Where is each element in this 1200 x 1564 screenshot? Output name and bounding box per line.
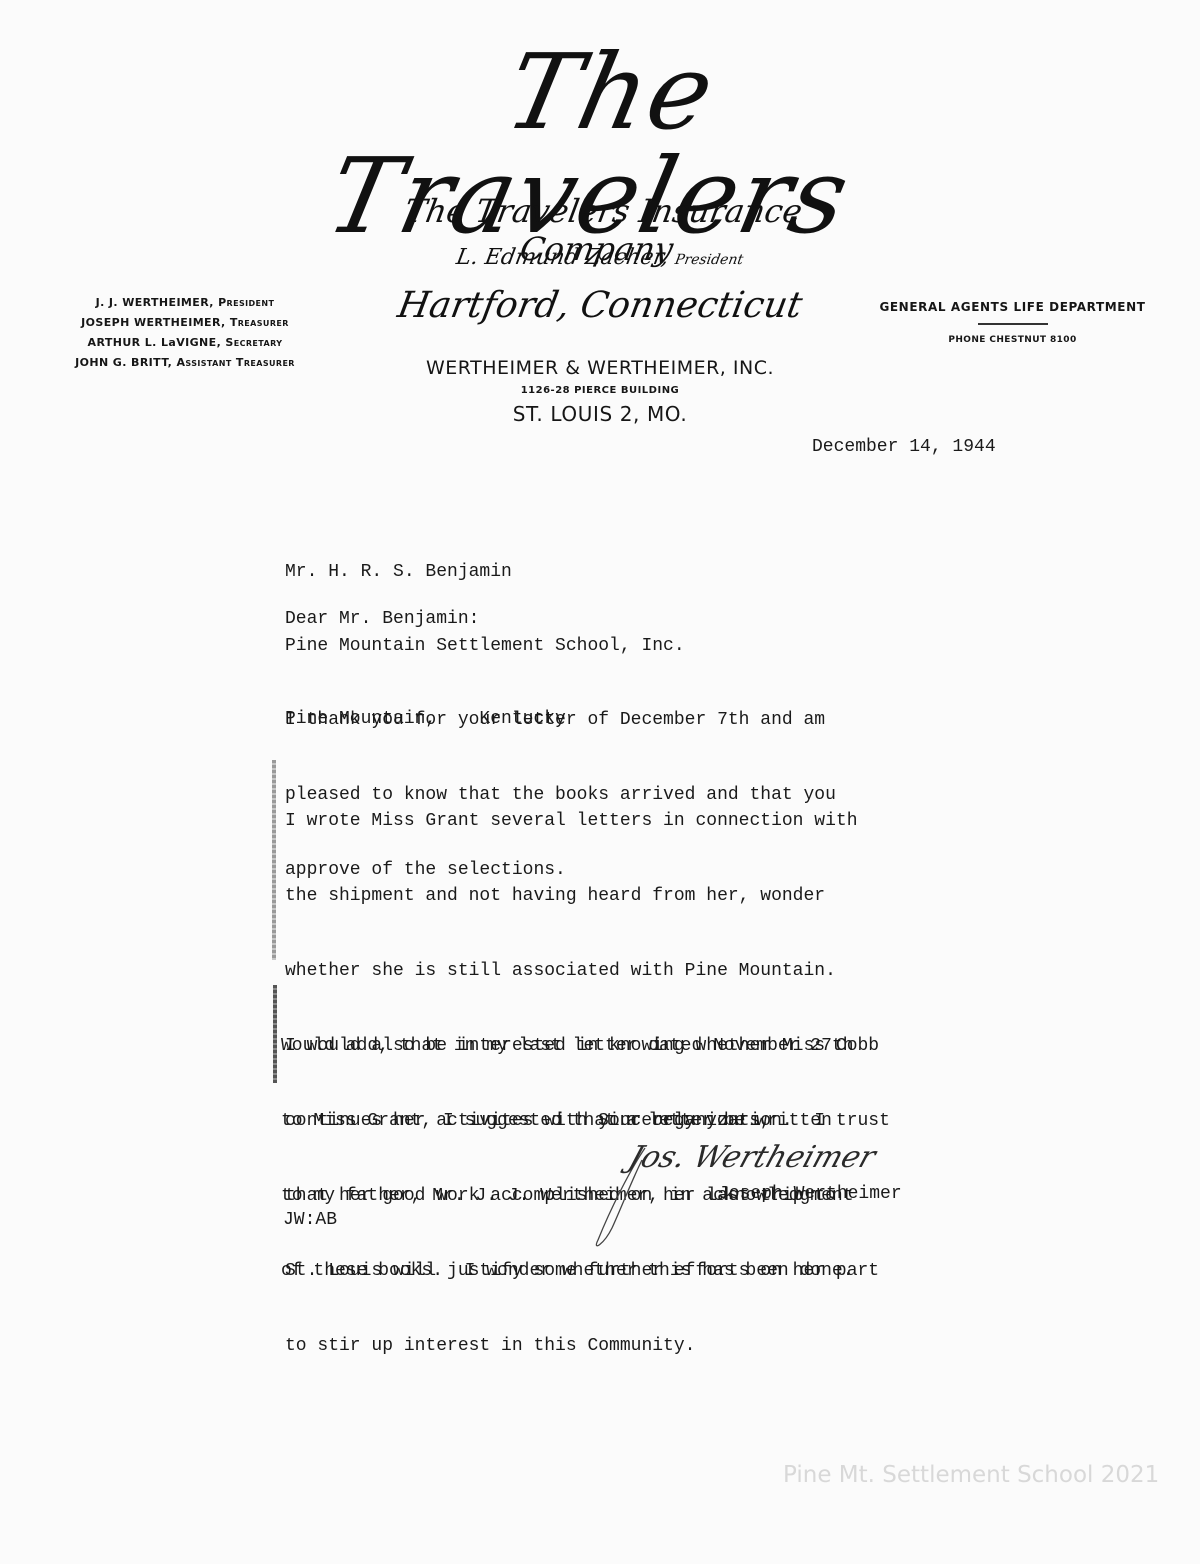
text-line: I thank you for your letter of December …	[285, 708, 836, 733]
text-line: Would add, that in my last letter dated …	[281, 1034, 854, 1059]
text-line: of these books. I wonder whether this ha…	[281, 1259, 854, 1284]
margin-mark	[273, 985, 277, 1083]
firm-block: WERTHEIMER & WERTHEIMER, INC. 1126-28 PI…	[370, 355, 830, 426]
president-name: L. Edmund Zacher,	[454, 245, 670, 270]
text-line: to stir up interest in this Community.	[285, 1334, 890, 1359]
text-line: the shipment and not having heard from h…	[285, 884, 890, 909]
company-president: L. Edmund Zacher, President	[358, 245, 842, 270]
address-line: Mr. H. R. S. Benjamin	[285, 560, 685, 585]
company-city: Hartford, Connecticut	[356, 285, 843, 326]
department-block: GENERAL AGENTS LIFE DEPARTMENT PHONE CHE…	[855, 300, 1170, 345]
letter-page: The Travelers The Travelers Insurance Co…	[0, 0, 1200, 1564]
president-title: President	[674, 252, 745, 268]
margin-mark	[272, 760, 276, 960]
handwritten-signature: Jos. Wertheimer	[624, 1140, 880, 1175]
closing: Sincerely yours,	[598, 1111, 771, 1131]
archive-watermark: Pine Mt. Settlement School 2021	[783, 1462, 1159, 1488]
text-line: whether she is still associated with Pin…	[285, 959, 890, 984]
firm-city: ST. LOUIS 2, MO.	[370, 402, 830, 426]
officer-row: ARTHUR L. LaVIGNE, Secretary	[40, 333, 330, 353]
text-line: I wrote Miss Grant several letters in co…	[285, 809, 890, 834]
reference-initials: JW:AB	[283, 1210, 337, 1230]
officer-row: JOHN G. BRITT, Assistant Treasurer	[40, 353, 330, 373]
officers-list: J. J. WERTHEIMER, President JOSEPH WERTH…	[40, 293, 330, 373]
address-line: Pine Mountain Settlement School, Inc.	[285, 634, 685, 659]
signer-name: Joseph Wertheimer	[718, 1184, 902, 1204]
officer-row: JOSEPH WERTHEIMER, Treasurer	[40, 313, 330, 333]
phone-number: PHONE CHESTNUT 8100	[855, 335, 1170, 345]
divider	[978, 323, 1048, 325]
officer-row: J. J. WERTHEIMER, President	[40, 293, 330, 313]
firm-name: WERTHEIMER & WERTHEIMER, INC.	[370, 355, 830, 381]
firm-building: 1126-28 PIERCE BUILDING	[370, 385, 830, 396]
letter-date: December 14, 1944	[812, 437, 996, 457]
department-name: GENERAL AGENTS LIFE DEPARTMENT	[855, 300, 1170, 314]
salutation: Dear Mr. Benjamin:	[285, 609, 479, 629]
